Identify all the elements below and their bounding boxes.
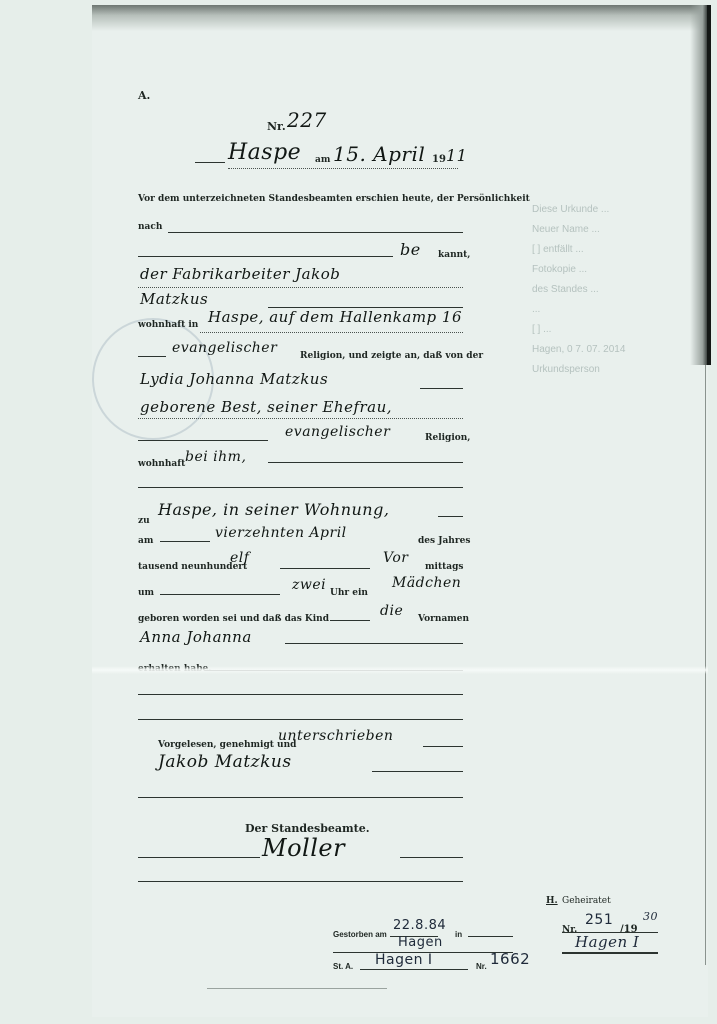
informant-surname: Matzkus (140, 290, 208, 308)
entry-number: 227 (287, 108, 327, 132)
uhr-ein-label: Uhr ein (330, 588, 368, 598)
rule (372, 771, 463, 772)
religion-clause-label: Religion, und zeigte an, daß von der (300, 351, 483, 361)
registry-office: Hagen I (375, 952, 433, 968)
rule (562, 952, 658, 954)
page-edge-right (707, 5, 711, 365)
rule (330, 620, 370, 621)
informant-religion: evangelischer (172, 340, 277, 356)
rule (138, 440, 268, 441)
vorgelesen-label: Vorgelesen, genehmigt und (158, 740, 296, 750)
registration-date: 15. April (333, 142, 425, 166)
intro-text: Vor dem unterzeichneten Standesbeamten e… (138, 194, 530, 204)
zu-label: zu (138, 516, 150, 526)
faint-bottom-rule (207, 988, 387, 989)
death-registry-number: 1662 (490, 950, 530, 968)
rule (138, 797, 463, 798)
am-label: am (315, 155, 330, 165)
rule (360, 969, 468, 970)
informant-address: Haspe, auf dem Hallenkamp 16 (208, 308, 462, 326)
rule (168, 232, 463, 233)
rule (268, 462, 463, 463)
rule (400, 857, 463, 858)
mittags-label: mittags (425, 562, 463, 572)
rule (280, 568, 370, 569)
faint-certification-stamp: Diese Urkunde ... Neuer Name ... [ ] ent… (532, 200, 625, 380)
informant-signature: Jakob Matzkus (158, 752, 292, 772)
rule (423, 746, 463, 747)
death-date: 22.8.84 (393, 918, 446, 933)
be-handwritten: be (400, 240, 421, 259)
page-edge-rule (705, 365, 706, 965)
mother-name: Lydia Johanna Matzkus (140, 370, 328, 388)
birth-day: vierzehnten April (215, 525, 347, 541)
vornamen-label: Vornamen (418, 614, 469, 624)
mother-religion: evangelischer (285, 424, 390, 440)
rule (160, 594, 280, 595)
rule (195, 162, 225, 163)
scan-fold-line (92, 666, 708, 674)
religion-label-2: Religion, (425, 433, 470, 443)
scan-shadow-top (92, 5, 708, 31)
rule (228, 168, 458, 169)
marriage-number: 251 (585, 912, 613, 928)
rule (138, 418, 463, 419)
rule (200, 332, 463, 333)
wohnhaft-label: wohnhaft (138, 459, 185, 469)
registrar-signature: Moller (262, 834, 345, 862)
rule (138, 487, 463, 488)
rule (138, 857, 260, 858)
death-nr-label: Nr. (476, 962, 487, 971)
gestorben-label: Gestorben am (333, 930, 387, 939)
rule (138, 356, 166, 357)
am-label-2: am (138, 536, 153, 546)
mother-residence: bei ihm, (185, 449, 246, 465)
rule (438, 516, 463, 517)
rule (420, 388, 463, 389)
nach-label: nach (138, 222, 162, 232)
die-handwritten: die (380, 603, 403, 619)
informant-occupation-name: der Fabrikarbeiter Jakob (140, 265, 340, 283)
rule (468, 936, 513, 937)
marriage-heading: Geheiratet (562, 896, 611, 906)
marriage-heading-abbrev: H. (546, 896, 558, 906)
marriage-year-suffix: 30 (643, 910, 658, 923)
corner-label: A. (138, 89, 150, 102)
geboren-label: geboren worden sei und daß das Kind (138, 614, 329, 624)
death-place: Hagen (398, 935, 443, 950)
birthplace: Haspe, in seiner Wohnung, (158, 500, 389, 519)
place-handwritten: Haspe (228, 140, 301, 165)
vor-handwritten: Vor (383, 550, 408, 566)
year-prefix: 19 (432, 154, 446, 165)
unterschrieben-handwritten: unterschrieben (278, 728, 393, 744)
rule (138, 881, 463, 882)
rule (138, 287, 463, 288)
year-suffix: 11 (446, 146, 467, 165)
wohnhaft-in-label: wohnhaft in (138, 320, 198, 330)
child-given-names: Anna Johanna (140, 628, 252, 646)
rule (138, 719, 463, 720)
rule (138, 694, 463, 695)
rule (138, 256, 393, 257)
kannt-label: kannt, (438, 250, 470, 260)
child-gender: Mädchen (392, 575, 461, 591)
marriage-place: Hagen I (575, 933, 639, 951)
st-a-label: St. A. (333, 962, 353, 971)
birth-year-word: elf (230, 550, 249, 566)
mother-maiden-name: geborene Best, seiner Ehefrau, (140, 398, 392, 416)
number-label: Nr. (267, 120, 286, 133)
rule (160, 541, 210, 542)
scan-shadow-right (690, 5, 708, 365)
um-label: um (138, 588, 154, 598)
des-jahres-label: des Jahres (418, 536, 470, 546)
rule (285, 643, 463, 644)
in-label: in (455, 930, 462, 939)
birth-hour: zwei (292, 577, 326, 593)
